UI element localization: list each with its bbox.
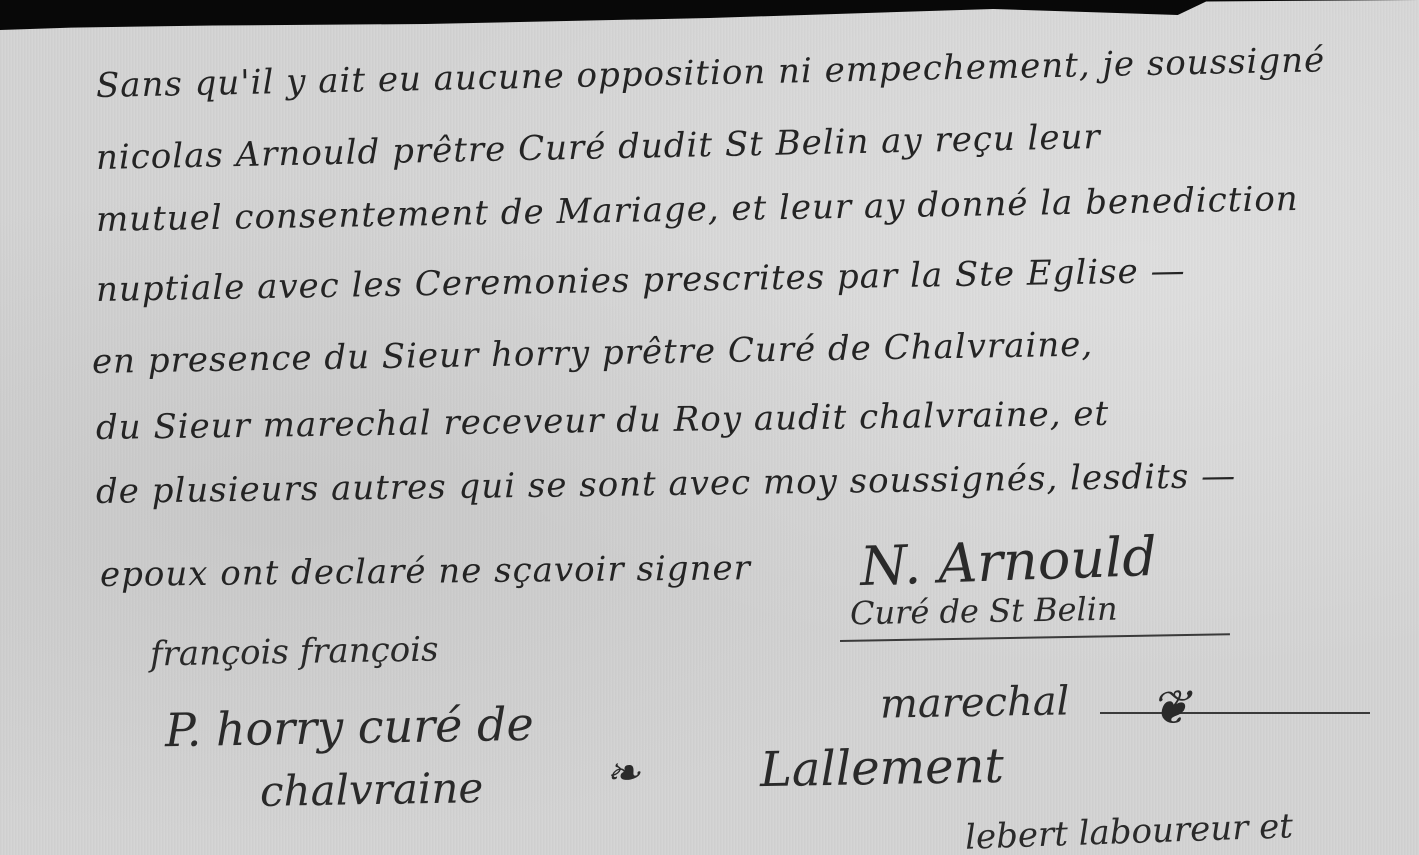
body-line-6: du Sieur marechal receveur du Roy audit … bbox=[96, 394, 1110, 448]
document-page: Sans qu'il y ait eu aucune opposition ni… bbox=[0, 0, 1419, 855]
signature-marechal: marechal bbox=[880, 678, 1070, 727]
next-entry-fragment: lebert laboureur et bbox=[964, 806, 1293, 855]
signature-spouses: françois françois bbox=[150, 629, 439, 674]
body-line-1: Sans qu'il y ait eu aucune opposition ni… bbox=[96, 40, 1326, 106]
scan-torn-edge bbox=[0, 0, 1419, 30]
signature-horry-line1: P. horry curé de bbox=[165, 697, 535, 757]
body-line-4: nuptiale avec les Ceremonies prescrites … bbox=[96, 251, 1186, 310]
signature-paraph-icon: ❧ bbox=[605, 748, 640, 797]
body-line-2: nicolas Arnould prêtre Curé dudit St Bel… bbox=[96, 117, 1102, 178]
body-line-7: de plusieurs autres qui se sont avec moy… bbox=[96, 456, 1237, 512]
signature-lallement: Lallement bbox=[760, 738, 1005, 798]
body-line-8: epoux ont declaré ne sçavoir signer bbox=[100, 548, 751, 595]
signature-marechal-flourish bbox=[1100, 712, 1370, 714]
body-line-5: en presence du Sieur horry prêtre Curé d… bbox=[92, 325, 1094, 382]
signature-horry-line2: chalvraine bbox=[260, 763, 484, 816]
signature-arnould-title: Curé de St Belin bbox=[850, 590, 1118, 633]
signature-marechal-paraph-icon: ❦ bbox=[1150, 680, 1190, 736]
body-line-3: mutuel consentement de Mariage, et leur … bbox=[96, 179, 1299, 240]
signature-arnould: N. Arnould bbox=[859, 525, 1158, 598]
signature-rule bbox=[840, 633, 1230, 642]
